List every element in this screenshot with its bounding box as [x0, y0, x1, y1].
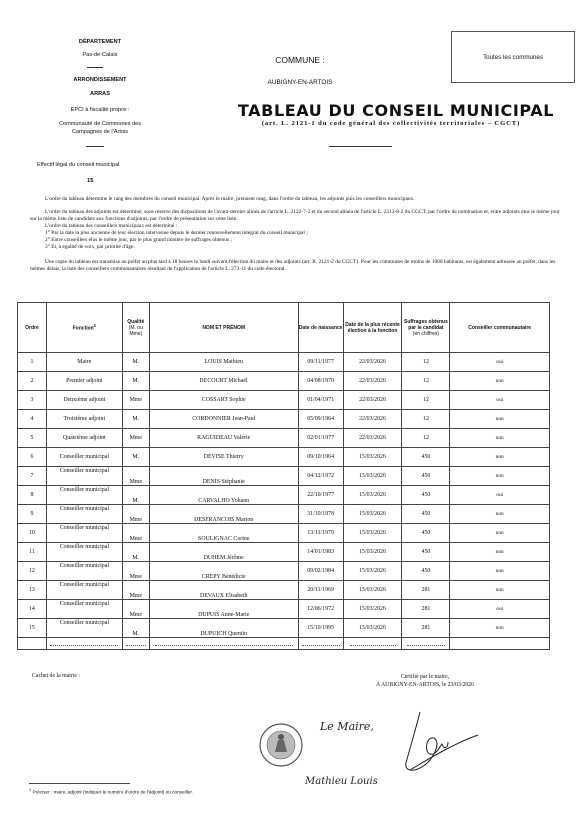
cell-nom: RAGUIDEAU Valérie — [149, 429, 298, 448]
cell-fonction: Conseiller municipal — [46, 619, 122, 638]
certif-line-1: Certifié par le maire, — [300, 673, 550, 681]
cell-naissance: 12/06/1972 — [298, 600, 343, 619]
table-row: 12Conseiller municipalMmeCREPY Bénédicte… — [18, 562, 550, 581]
cell-fonction: Deuxième adjoint — [46, 391, 122, 410]
cell-empty — [122, 638, 149, 650]
cell-fonction: Conseiller municipal — [46, 581, 122, 600]
cell-nom: COSSART Sophie — [149, 391, 298, 410]
certif-line-2: A AUBIGNY-EN-ARTOIS, le 23/03/2026 — [300, 681, 550, 689]
cell-communautaire: non — [450, 524, 550, 543]
table-row: 9Conseiller municipalMmeDESFRANCOIS Mari… — [18, 505, 550, 524]
cell-election: 15/03/2026 — [343, 467, 402, 486]
table-row: 8Conseiller municipalM.CARVALHO Yohann22… — [18, 486, 550, 505]
cell-communautaire: oui — [450, 600, 550, 619]
cell-nom: DUHEM Jérôme — [149, 543, 298, 562]
table-row: 5Quatrième adjointMmeRAGUIDEAU Valérie02… — [18, 429, 550, 448]
cell-fonction: Conseiller municipal — [46, 543, 122, 562]
effectif-label: Effectif légal du conseil municipal — [37, 162, 119, 168]
cell-communautaire: non — [450, 372, 550, 391]
cell-qualite: Mme — [122, 467, 149, 486]
cell-fonction: Troisième adjoint — [46, 410, 122, 429]
cell-ordre: 5 — [18, 429, 47, 448]
paragraph-3: L'ordre du tableau des conseillers munic… — [30, 223, 560, 230]
cell-naissance: 14/01/1983 — [298, 543, 343, 562]
cell-communautaire: non — [450, 562, 550, 581]
cell-qualite: M. — [122, 448, 149, 467]
cell-nom: LOUIS Mathieu — [149, 353, 298, 372]
cell-ordre: 13 — [18, 581, 47, 600]
header-fonction: Fonction1 — [46, 303, 122, 353]
cell-ordre: 6 — [18, 448, 47, 467]
cell-ordre: 7 — [18, 467, 47, 486]
cell-nom: CREPY Bénédicte — [149, 562, 298, 581]
header-ordre: Ordre — [18, 303, 47, 353]
table-row: 14Conseiller municipalMmeDUPUIS Anne-Mar… — [18, 600, 550, 619]
cell-nom: DEVAUX Elisabeth — [149, 581, 298, 600]
commune-name: AUBIGNY-EN-ARTOIS — [230, 79, 370, 86]
divider — [86, 146, 104, 147]
cell-communautaire: non — [450, 448, 550, 467]
cell-nom: DESFRANCOIS Marion — [149, 505, 298, 524]
cell-naissance: 04/12/1972 — [298, 467, 343, 486]
cachet-label: Cachet de la mairie : — [32, 673, 80, 679]
header-election: Date de la plus récente élection à la fo… — [343, 303, 402, 353]
cell-fonction: Conseiller municipal — [46, 448, 122, 467]
cell-nom: DUPUICH Quentin — [149, 619, 298, 638]
header-qualite: Qualité(M. ou Mme) — [122, 303, 149, 353]
cell-naissance: 04/08/1970 — [298, 372, 343, 391]
header-communautaire: Conseiller communautaire — [450, 303, 550, 353]
paragraph-3-item-1: 1° Par la date la plus ancienne de leur … — [30, 230, 560, 237]
cell-suffrages: 450 — [402, 486, 450, 505]
cell-suffrages: 450 — [402, 524, 450, 543]
cell-nom: DUPUIS Anne-Marie — [149, 600, 298, 619]
cell-fonction: Conseiller municipal — [46, 600, 122, 619]
commune-label: COMMUNE : — [230, 55, 370, 65]
cell-qualite: Mme — [122, 524, 149, 543]
mairie-stamp-icon — [258, 722, 304, 768]
cell-nom: CARVALHO Yohann — [149, 486, 298, 505]
table-row: 11Conseiller municipalM.DUHEM Jérôme14/0… — [18, 543, 550, 562]
cell-nom: DEVISE Thierry — [149, 448, 298, 467]
cell-election: 15/03/2026 — [343, 524, 402, 543]
cell-empty — [343, 638, 402, 650]
cell-nom: DENIS Stéphanie — [149, 467, 298, 486]
cell-qualite: M. — [122, 486, 149, 505]
header-naissance: Date de naissance — [298, 303, 343, 353]
cell-qualite: Mme — [122, 562, 149, 581]
cell-nom: SOULIGNAC Corine — [149, 524, 298, 543]
cell-ordre: 2 — [18, 372, 47, 391]
paragraph-2: L'ordre du tableau des adjoints est déte… — [30, 209, 560, 223]
cell-suffrages: 12 — [402, 372, 450, 391]
cell-fonction: Conseiller municipal — [46, 505, 122, 524]
footnote: 1 Préciser : maire, adjoint (indiquer le… — [29, 787, 193, 795]
cell-ordre: 11 — [18, 543, 47, 562]
cell-ordre: 14 — [18, 600, 47, 619]
cell-election: 15/03/2026 — [343, 581, 402, 600]
header-suffrages: Suffrages obtenus par le candidat(en chi… — [402, 303, 450, 353]
cell-fonction: Conseiller municipal — [46, 467, 122, 486]
cell-election: 15/03/2026 — [343, 486, 402, 505]
table-row: 13Conseiller municipalMmeDEVAUX Elisabet… — [18, 581, 550, 600]
cell-empty — [450, 638, 550, 650]
cell-ordre: 4 — [18, 410, 47, 429]
cell-fonction: Conseiller municipal — [46, 562, 122, 581]
cell-suffrages: 281 — [402, 600, 450, 619]
cell-nom: CORDONNIER Jean-Paul — [149, 410, 298, 429]
cell-suffrages: 450 — [402, 562, 450, 581]
epci-value-line2: Campagnes de l'Artois — [0, 129, 200, 135]
table-header-row: Ordre Fonction1 Qualité(M. ou Mme) NOM E… — [18, 303, 550, 353]
cell-ordre: 10 — [18, 524, 47, 543]
paragraph-1: L'ordre du tableau détermine le rang des… — [30, 196, 560, 203]
cell-qualite: Mme — [122, 505, 149, 524]
cell-suffrages: 450 — [402, 505, 450, 524]
cell-ordre: 1 — [18, 353, 47, 372]
cell-fonction: Quatrième adjoint — [46, 429, 122, 448]
page-subtitle: (art. L. 2121-1 du code général des coll… — [200, 120, 582, 127]
paragraph-3-item-3: 3° Et, à égalité de voix, par priorité d… — [30, 244, 560, 251]
cell-naissance: 02/01/1977 — [298, 429, 343, 448]
cell-communautaire: non — [450, 429, 550, 448]
cell-empty — [46, 638, 122, 650]
rules-paragraph: L'ordre du tableau détermine le rang des… — [30, 196, 560, 273]
cell-qualite: M. — [122, 619, 149, 638]
cell-qualite: Mme — [122, 391, 149, 410]
cell-election: 15/03/2026 — [343, 505, 402, 524]
cell-naissance: 09/11/1977 — [298, 353, 343, 372]
handwritten-name: Mathieu Louis — [305, 776, 378, 787]
cell-suffrages: 12 — [402, 410, 450, 429]
table-row: 6Conseiller municipalM.DEVISE Thierry09/… — [18, 448, 550, 467]
cell-election: 15/03/2026 — [343, 448, 402, 467]
table-row-empty — [18, 638, 550, 650]
cell-communautaire: non — [450, 467, 550, 486]
cell-suffrages: 281 — [402, 581, 450, 600]
cell-election: 22/03/2026 — [343, 410, 402, 429]
cell-naissance: 01/04/1971 — [298, 391, 343, 410]
paragraph-3-item-2: 2° Entre conseillers élus le même jour, … — [30, 237, 560, 244]
effectif-value: 15 — [87, 178, 93, 184]
cell-empty — [149, 638, 298, 650]
certification: Certifié par le maire, A AUBIGNY-EN-ARTO… — [300, 673, 550, 689]
cell-communautaire: non — [450, 619, 550, 638]
table-row: 4Troisième adjointM.CORDONNIER Jean-Paul… — [18, 410, 550, 429]
cell-naissance: 09/02/1984 — [298, 562, 343, 581]
cell-election: 15/03/2026 — [343, 543, 402, 562]
cell-naissance: 09/10/1964 — [298, 448, 343, 467]
cell-ordre: 8 — [18, 486, 47, 505]
cell-communautaire: oui — [450, 353, 550, 372]
cell-naissance: 15/10/1995 — [298, 619, 343, 638]
cell-fonction: Conseiller municipal — [46, 524, 122, 543]
cell-election: 22/03/2026 — [343, 391, 402, 410]
cell-suffrages: 450 — [402, 467, 450, 486]
table-row: 2Premier adjointM.BECOURT Michaël04/08/1… — [18, 372, 550, 391]
cell-communautaire: non — [450, 581, 550, 600]
cell-suffrages: 12 — [402, 391, 450, 410]
cell-qualite: Mme — [122, 581, 149, 600]
cell-naissance: 22/10/1977 — [298, 486, 343, 505]
cell-qualite: M. — [122, 353, 149, 372]
council-table: Ordre Fonction1 Qualité(M. ou Mme) NOM E… — [17, 302, 550, 650]
table-row: 10Conseiller municipalMmeSOULIGNAC Corin… — [18, 524, 550, 543]
epci-value-line1: Communauté de Communes des — [0, 121, 200, 127]
cell-nom: BECOURT Michaël — [149, 372, 298, 391]
cell-ordre: 12 — [18, 562, 47, 581]
cell-fonction: Maire — [46, 353, 122, 372]
departement-value: Pas-de-Calais — [0, 52, 200, 58]
cell-communautaire: oui — [450, 391, 550, 410]
cell-election: 22/03/2026 — [343, 353, 402, 372]
commune-category-label: Toutes les communes — [483, 54, 543, 61]
page-title: TABLEAU DU CONSEIL MUNICIPAL — [210, 101, 582, 120]
cell-election: 22/03/2026 — [343, 429, 402, 448]
arrondissement-label: ARRONDISSEMENT — [0, 77, 200, 83]
cell-naissance: 20/11/1969 — [298, 581, 343, 600]
paragraph-4: Une copie du tableau est transmise au pr… — [30, 259, 560, 273]
cell-qualite: M. — [122, 410, 149, 429]
cell-election: 15/03/2026 — [343, 562, 402, 581]
cell-election: 22/03/2026 — [343, 372, 402, 391]
table-row: 7Conseiller municipalMmeDENIS Stéphanie0… — [18, 467, 550, 486]
cell-qualite: M. — [122, 543, 149, 562]
table-row: 3Deuxième adjointMmeCOSSART Sophie01/04/… — [18, 391, 550, 410]
cell-suffrages: 450 — [402, 448, 450, 467]
cell-communautaire: non — [450, 505, 550, 524]
cell-communautaire: oui — [450, 486, 550, 505]
cell-empty — [18, 638, 47, 650]
cell-suffrages: 281 — [402, 619, 450, 638]
signature-icon — [380, 708, 480, 778]
cell-fonction: Premier adjoint — [46, 372, 122, 391]
cell-naissance: 13/11/1979 — [298, 524, 343, 543]
cell-fonction: Conseiller municipal — [46, 486, 122, 505]
cell-suffrages: 12 — [402, 429, 450, 448]
cell-qualite: Mme — [122, 429, 149, 448]
cell-communautaire: non — [450, 410, 550, 429]
header-nom: NOM ET PRÉNOM — [149, 303, 298, 353]
cell-communautaire: non — [450, 543, 550, 562]
cell-empty — [402, 638, 450, 650]
table-row: 1MaireM.LOUIS Mathieu09/11/197722/03/202… — [18, 353, 550, 372]
cell-ordre: 3 — [18, 391, 47, 410]
cell-election: 15/03/2026 — [343, 600, 402, 619]
cell-qualite: M. — [122, 372, 149, 391]
commune-category-box: Toutes les communes — [451, 31, 575, 83]
cell-naissance: 05/09/1964 — [298, 410, 343, 429]
epci-label: EPCI à fiscalité propre : — [0, 107, 200, 113]
arrondissement-value: ARRAS — [0, 91, 200, 97]
cell-suffrages: 450 — [402, 543, 450, 562]
cell-naissance: 31/10/1978 — [298, 505, 343, 524]
cell-ordre: 15 — [18, 619, 47, 638]
cell-election: 15/03/2026 — [343, 619, 402, 638]
table-row: 15Conseiller municipalM.DUPUICH Quentin1… — [18, 619, 550, 638]
cell-qualite: Mme — [122, 600, 149, 619]
divider — [87, 67, 103, 68]
footnote-divider — [29, 783, 130, 784]
handwritten-title: Le Maire, — [320, 720, 374, 733]
departement-label: DÉPARTEMENT — [0, 39, 200, 45]
cell-empty — [298, 638, 343, 650]
cell-suffrages: 12 — [402, 353, 450, 372]
cell-ordre: 9 — [18, 505, 47, 524]
title-divider — [329, 146, 392, 147]
